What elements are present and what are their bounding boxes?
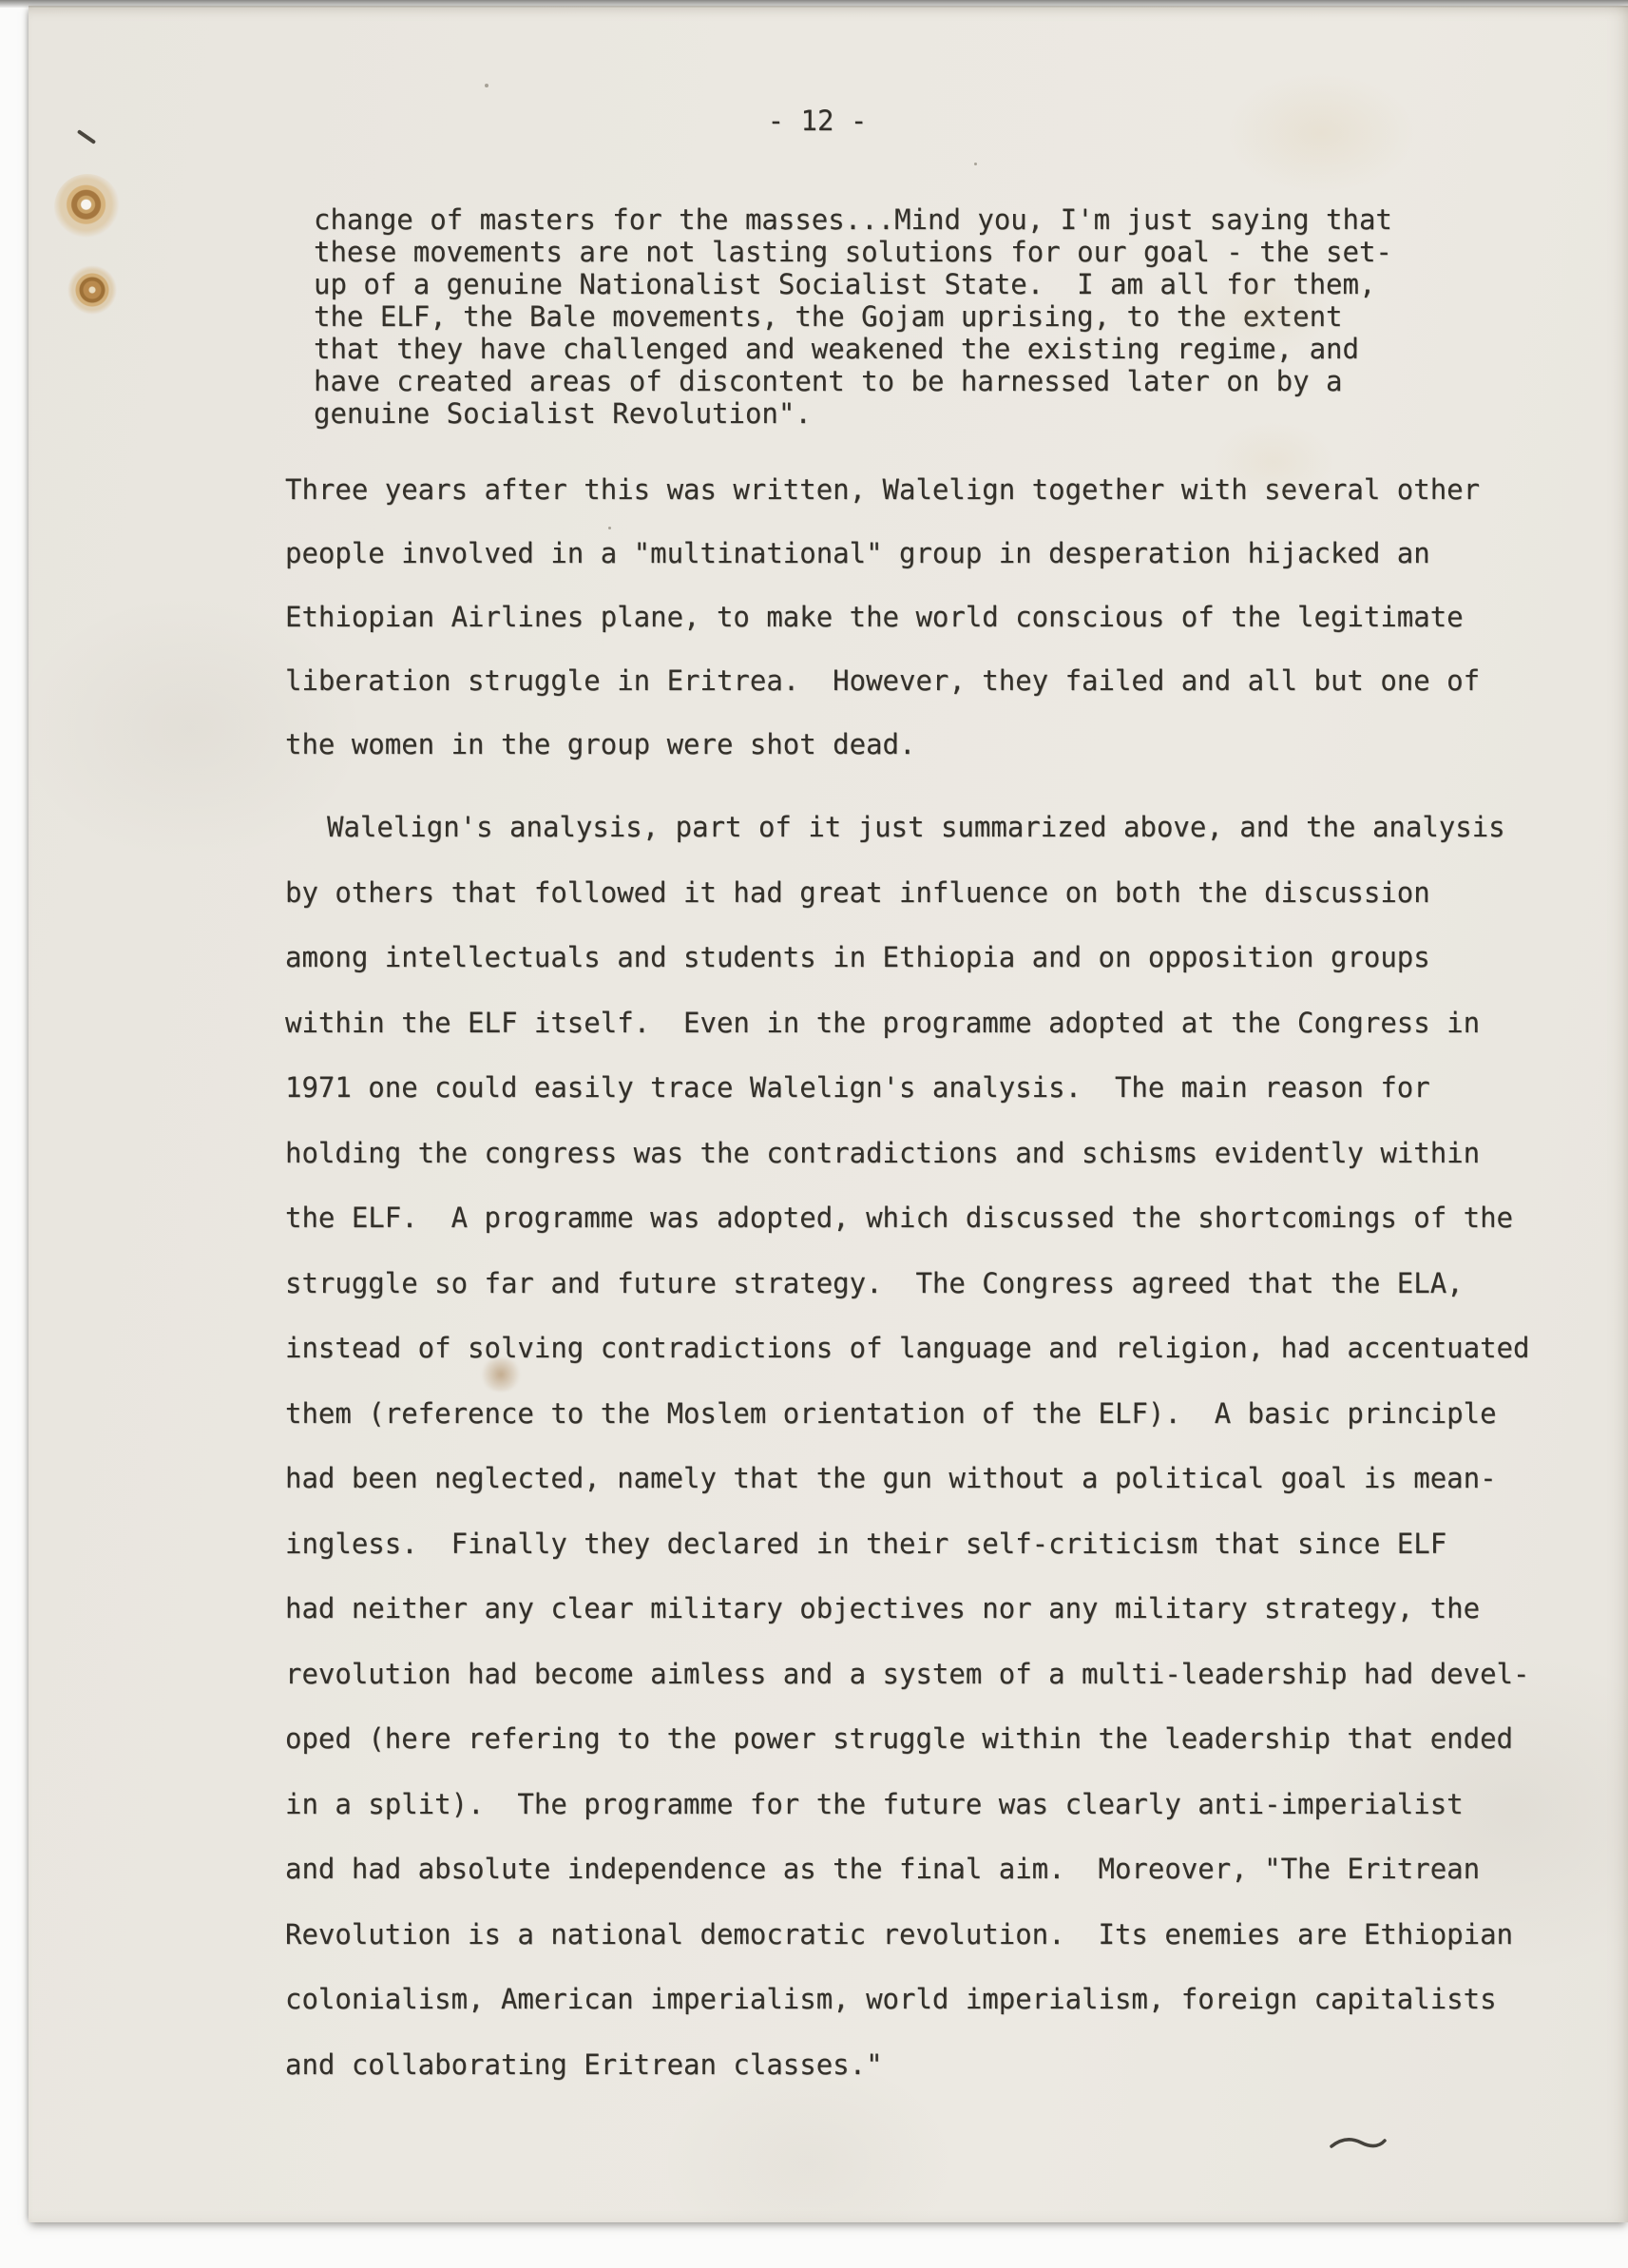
body-line: liberation struggle in Eritrea. However,… — [285, 649, 1480, 713]
paper-speck — [485, 84, 488, 87]
body-line: people involved in a "multinational" gro… — [285, 522, 1480, 586]
body-line: and had absolute independence as the fin… — [285, 1836, 1529, 1902]
body-line: in a split). The programme for the futur… — [285, 1772, 1529, 1837]
body-line: oped (here refering to the power struggl… — [285, 1706, 1529, 1772]
rust-staple-stain-bottom — [67, 265, 117, 315]
pen-dash-mark — [77, 129, 96, 144]
body-line: among intellectuals and students in Ethi… — [285, 925, 1529, 990]
body-line: had been neglected, namely that the gun … — [285, 1446, 1529, 1511]
body-line: Ethiopian Airlines plane, to make the wo… — [285, 586, 1480, 649]
body-line: struggle so far and future strategy. The… — [285, 1251, 1529, 1317]
body-line: within the ELF itself. Even in the progr… — [285, 990, 1529, 1056]
paragraph-1: Three years after this was written, Wale… — [285, 458, 1480, 777]
body-line: colonialism, American imperialism, world… — [285, 1967, 1529, 2032]
quote-line: change of masters for the masses...Mind … — [314, 203, 1392, 236]
pen-squiggle-icon — [1329, 2131, 1388, 2156]
body-line: Three years after this was written, Wale… — [285, 458, 1480, 522]
body-line: holding the congress was the contradicti… — [285, 1121, 1529, 1186]
quote-line: have created areas of discontent to be h… — [314, 365, 1392, 397]
scanned-page: - 12 - change of masters for the masses.… — [0, 0, 1628, 2268]
pen-squiggle-mark — [1329, 2131, 1388, 2160]
body-line: instead of solving contradictions of lan… — [285, 1316, 1529, 1381]
paper-sheet: - 12 - change of masters for the masses.… — [29, 6, 1628, 2222]
body-line: ingless. Finally they declared in their … — [285, 1511, 1529, 1577]
body-line: 1971 one could easily trace Walelign's a… — [285, 1055, 1529, 1121]
body-line: the women in the group were shot dead. — [285, 713, 1480, 777]
body-line: had neither any clear military objective… — [285, 1576, 1529, 1642]
page-number: - 12 - — [694, 105, 941, 137]
quote-line: the ELF, the Bale movements, the Gojam u… — [314, 300, 1392, 333]
body-line: Revolution is a national democratic revo… — [285, 1902, 1529, 1968]
quote-line: these movements are not lasting solution… — [314, 236, 1392, 268]
body-line: Walelign's analysis, part of it just sum… — [285, 795, 1529, 860]
quote-line: that they have challenged and weakened t… — [314, 333, 1392, 365]
quote-line: genuine Socialist Revolution". — [314, 397, 1392, 430]
quote-line: up of a genuine Nationalist Socialist St… — [314, 268, 1392, 300]
body-line: revolution had become aimless and a syst… — [285, 1642, 1529, 1707]
body-line: and collaborating Eritrean classes." — [285, 2032, 1529, 2098]
body-line: them (reference to the Moslem orientatio… — [285, 1381, 1529, 1447]
rust-staple-stain-top — [54, 174, 121, 240]
body-line: the ELF. A programme was adopted, which … — [285, 1185, 1529, 1251]
paper-speck — [974, 163, 977, 165]
block-quote: change of masters for the masses...Mind … — [314, 203, 1392, 430]
paragraph-2: Walelign's analysis, part of it just sum… — [285, 795, 1529, 2097]
body-line: by others that followed it had great inf… — [285, 860, 1529, 926]
